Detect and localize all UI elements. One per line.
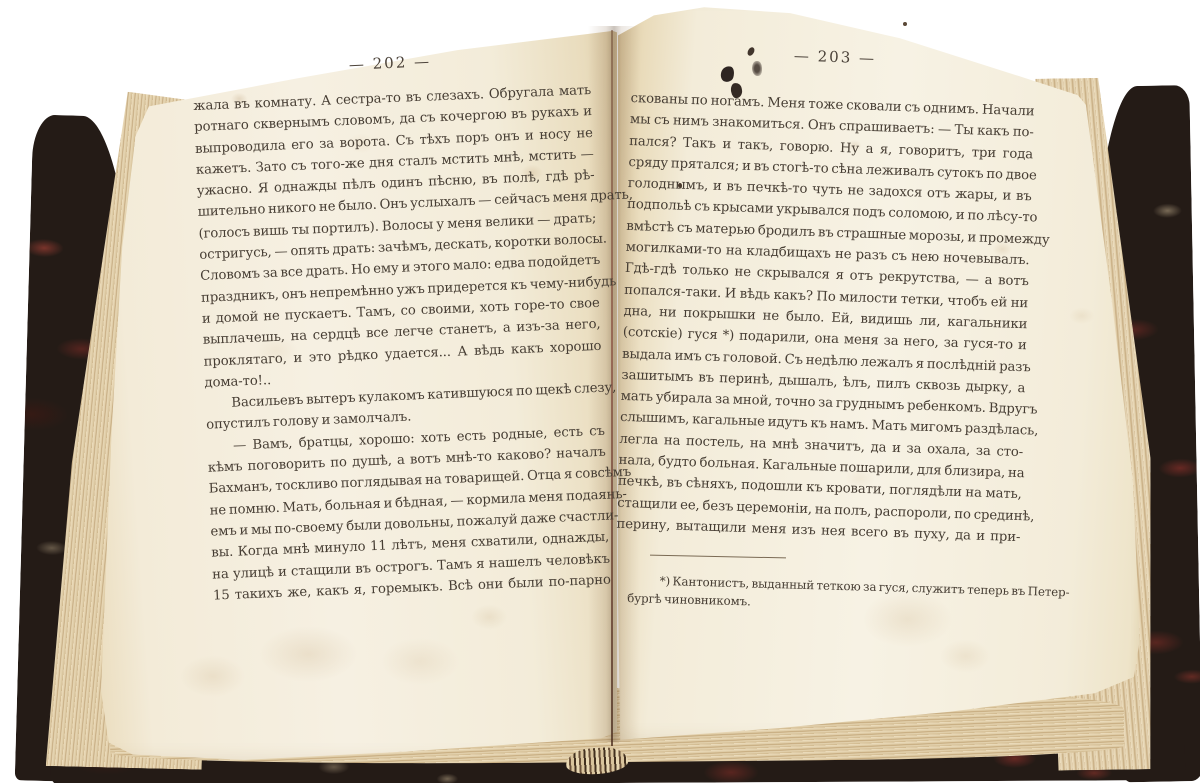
book-photo: — 202 — жала въ комнату. А сестра-то въ … (0, 0, 1200, 783)
paragraph: жала въ комнату. А сестра-то въ слезахъ.… (193, 80, 603, 394)
ink-speck (678, 183, 682, 188)
ink-blot (752, 61, 762, 76)
right-page-text: скованы по ногамъ. Меня тоже сковали съ … (616, 88, 1035, 548)
paragraph: — Вамъ, братцы, хорошо: хоть есть родные… (207, 421, 612, 607)
ink-speck (903, 22, 907, 26)
paragraph: скованы по ногамъ. Меня тоже сковали съ … (616, 88, 1035, 548)
left-page-text: жала въ комнату. А сестра-то въ слезахъ.… (193, 80, 611, 607)
